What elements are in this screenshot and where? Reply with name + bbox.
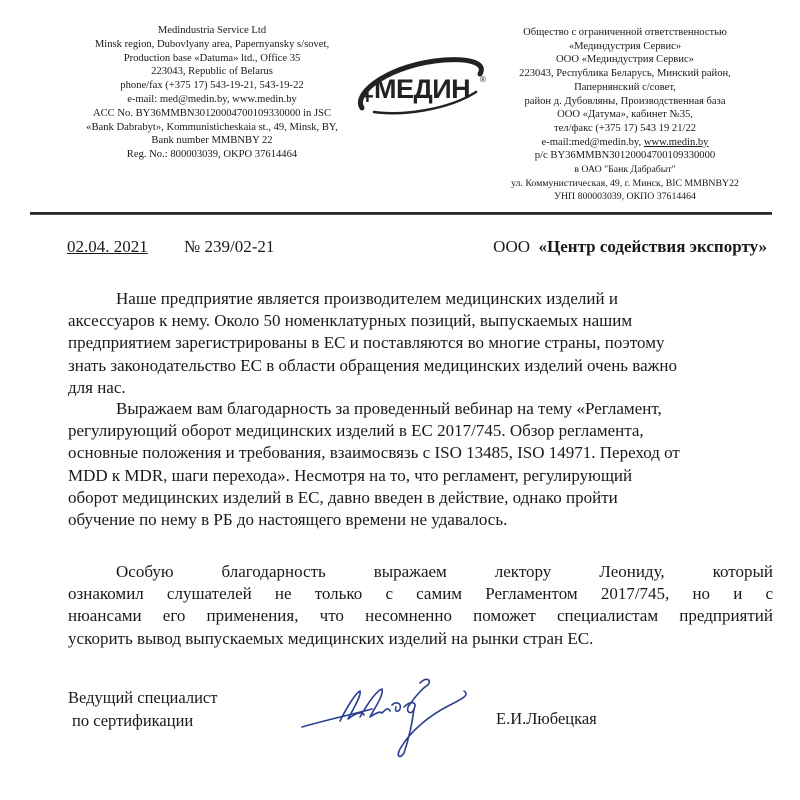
paragraph-lecturer-thanks: Особую благодарность выражаем лектору Ле… — [68, 561, 773, 650]
email-web-en: e-mail: med@medin.by, www.medin.by — [62, 93, 362, 107]
signatory-name: Е.И.Любецкая — [496, 709, 597, 729]
bank-account-ru: р/с BY36MMBN30120004700109330000 — [488, 149, 762, 163]
handwritten-signature-icon — [300, 665, 480, 765]
bank-address-ru: ул. Коммунистическая, 49, г. Минск, BIC … — [488, 177, 762, 191]
recipient: ООО «Центр содействия экспорту» — [493, 237, 767, 257]
company-short-name-ru: ООО «Мединдустрия Сервис» — [488, 53, 762, 67]
address-line-ru: ООО «Датума», кабинет №35, — [488, 108, 762, 122]
paragraph-line: оборот медицинских изделий в ЕС, давно в… — [68, 487, 773, 509]
recipient-name: «Центр содействия экспорту» — [539, 237, 767, 256]
letterhead-right-russian: Общество с ограниченной ответственностью… — [488, 26, 762, 204]
signatory-position: Ведущий специалист по сертификации — [68, 686, 217, 732]
position-line-2: по сертификации — [68, 709, 217, 732]
letter-date: 02.04. 2021 — [67, 237, 148, 257]
paragraph-webinar-thanks: Выражаем вам благодарность за проведенны… — [68, 398, 773, 531]
company-name-en: Medindustria Service Ltd — [62, 24, 362, 38]
paragraph-line: ускорить вывод выпускаемых медицинских и… — [68, 628, 773, 650]
email-web-ru: e-mail:med@medin.by, www.medin.by — [488, 136, 762, 150]
paragraph-line: Наше предприятие является производителем… — [68, 288, 773, 310]
bank-name-ru: в ОАО "Банк Дабрабыт" — [488, 163, 762, 177]
company-legal-form-ru: Общество с ограниченной ответственностью — [488, 26, 762, 40]
paragraph-line: основные положения и требования, взаимос… — [68, 442, 773, 464]
position-line-1: Ведущий специалист — [68, 686, 217, 709]
bank-number-en: Bank number MMBNBY 22 — [62, 134, 362, 148]
address-line-en: Minsk region, Dubovlyany area, Papernyan… — [62, 38, 362, 52]
paragraph-line: обучение по нему в РБ до настоящего врем… — [68, 509, 773, 531]
company-name-ru: «Мединдустрия Сервис» — [488, 40, 762, 54]
reference-line: 02.04. 2021 № 239/02-21 ООО «Центр содей… — [67, 237, 767, 261]
address-line-en: 223043, Republic of Belarus — [62, 65, 362, 79]
paragraph-line: знать законодательство ЕС в области обра… — [68, 355, 773, 377]
letter-number: № 239/02-21 — [184, 237, 274, 257]
recipient-prefix: ООО — [493, 237, 530, 256]
paragraph-line: MDD к MDR, шаги перехода». Несмотря на т… — [68, 465, 773, 487]
paragraph-line: нюансами его применения, что несомненно … — [68, 605, 773, 627]
tax-id-ru: УНП 800003039, ОКПО 37614464 — [488, 190, 762, 204]
phone-fax-en: phone/fax (+375 17) 543-19-21, 543-19-22 — [62, 79, 362, 93]
bank-account-en: ACC No. BY36MMBN30120004700109330000 in … — [62, 107, 362, 121]
paragraph-line: для нас. — [68, 377, 773, 399]
svg-text:+: + — [361, 84, 374, 109]
letterhead-divider — [30, 212, 772, 215]
phone-fax-ru: тел/факс (+375 17) 543 19 21/22 — [488, 122, 762, 136]
paragraph-line: ознакомил слушателей не только с самим Р… — [68, 583, 773, 605]
address-line-ru: 223043, Республика Беларусь, Минский рай… — [488, 67, 762, 81]
paragraph-line: предприятием зарегистрированы в ЕС и пос… — [68, 332, 773, 354]
paragraph-line: аксессуаров к нему. Около 50 номенклатур… — [68, 310, 773, 332]
paragraph-line: Выражаем вам благодарность за проведенны… — [68, 398, 773, 420]
address-line-ru: район д. Дубовляны, Производственная баз… — [488, 95, 762, 109]
address-line-ru: Папернянский с/совет, — [488, 81, 762, 95]
address-line-en: Production base «Datuma» ltd., Office 35 — [62, 52, 362, 66]
svg-text:®: ® — [480, 75, 486, 84]
website-link: www.medin.by — [644, 137, 709, 148]
paragraph-line: регулирующий оборот медицинских изделий … — [68, 420, 773, 442]
reg-number-en: Reg. No.: 800003039, OKPO 37614464 — [62, 148, 362, 162]
svg-text:МЕДИН: МЕДИН — [374, 74, 470, 104]
medin-logo-icon: + МЕДИН ® — [352, 52, 492, 122]
bank-address-en: «Bank Dabrabyt», Kommunisticheskaia st.,… — [62, 121, 362, 135]
letterhead-left-english: Medindustria Service Ltd Minsk region, D… — [62, 24, 362, 162]
paragraph-manufacturer-intro: Наше предприятие является производителем… — [68, 288, 773, 399]
paragraph-line: Особую благодарность выражаем лектору Ле… — [68, 561, 773, 583]
